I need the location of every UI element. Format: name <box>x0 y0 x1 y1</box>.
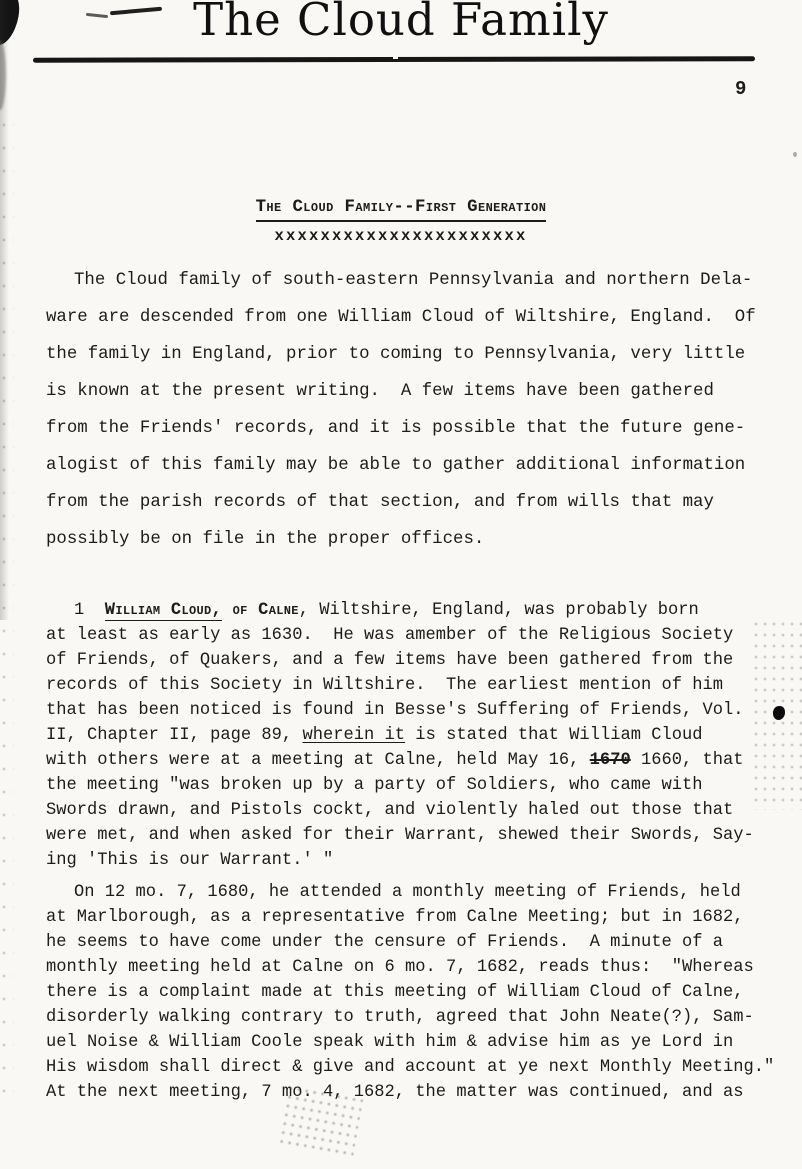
paragraph-line: alogist of this family may be able to ga… <box>46 447 778 484</box>
title-rule-gap <box>393 56 398 59</box>
scanned-document-page: The Cloud Family 9 The Cloud Family--Fir… <box>0 0 802 1169</box>
section-heading-block: The Cloud Family--First Generation xxxxx… <box>0 198 802 245</box>
place-smallcaps: of Calne <box>222 601 299 620</box>
scan-artifact <box>0 0 9 620</box>
section-heading: The Cloud Family--First Generation <box>256 198 547 222</box>
paragraph-line: of Friends, of Quakers, and a few items … <box>46 648 778 673</box>
paragraph-line: is known at the present writing. A few i… <box>46 373 778 410</box>
paragraph-line: At the next meeting, 7 mo. 4, 1682, the … <box>46 1080 778 1105</box>
scan-artifact <box>793 152 797 157</box>
x-divider: xxxxxxxxxxxxxxxxxxxxxx <box>0 227 802 245</box>
monthly-meeting-paragraph: On 12 mo. 7, 1680, he attended a monthly… <box>46 880 778 1105</box>
paragraph-line: ware are descended from one William Clou… <box>46 299 778 336</box>
paragraph-line: uel Noise & William Coole speak with him… <box>46 1030 778 1055</box>
paragraph-line: records of this Society in Wiltshire. Th… <box>46 673 778 698</box>
paragraph-line: that has been noticed is found in Besse'… <box>46 698 778 723</box>
line-text: , Wiltshire, England, was probably born <box>299 601 699 620</box>
paragraph-line: with others were at a meeting at Calne, … <box>46 748 778 773</box>
paragraph-line: at least as early as 1630. He was amembe… <box>46 623 778 648</box>
struck-out-date: 1670 <box>590 751 631 770</box>
paragraph-line: he seems to have come under the censure … <box>46 930 778 955</box>
line-text: with others were at a meeting at Calne, … <box>46 751 590 770</box>
paragraph-line: 1 William Cloud, of Calne, Wiltshire, En… <box>46 598 778 623</box>
person-name-smallcaps: William Cloud, <box>105 601 222 621</box>
line-text: is stated that William Cloud <box>405 726 702 745</box>
paragraph-line: His wisdom shall direct & give and accou… <box>46 1055 778 1080</box>
paragraph-line: there is a complaint made at this meetin… <box>46 980 778 1005</box>
page-title: The Cloud Family <box>0 0 802 46</box>
scan-artifact <box>0 120 14 1100</box>
document-body: The Cloud family of south-eastern Pennsy… <box>46 262 778 1105</box>
paragraph-line: from the parish records of that section,… <box>46 484 778 521</box>
page-number: 9 <box>735 78 746 100</box>
william-cloud-paragraph: 1 William Cloud, of Calne, Wiltshire, En… <box>46 598 778 873</box>
generation-number: 1 <box>74 601 105 620</box>
line-text: II, Chapter II, page 89, <box>46 726 302 745</box>
paragraph-line: The Cloud family of south-eastern Pennsy… <box>46 262 778 299</box>
paragraph-line: possibly be on file in the proper office… <box>46 521 778 558</box>
paragraph-line: the meeting "was broken up by a party of… <box>46 773 778 798</box>
paragraph-line: On 12 mo. 7, 1680, he attended a monthly… <box>46 880 778 905</box>
paragraph-line: from the Friends' records, and it is pos… <box>46 410 778 447</box>
paragraph-line: at Marlborough, as a representative from… <box>46 905 778 930</box>
paragraph-line: ing 'This is our Warrant.' " <box>46 848 778 873</box>
paragraph-line: the family in England, prior to coming t… <box>46 336 778 373</box>
paragraph-line: were met, and when asked for their Warra… <box>46 823 778 848</box>
paragraph-line: disorderly walking contrary to truth, ag… <box>46 1005 778 1030</box>
paragraph-line: Swords drawn, and Pistols cockt, and vio… <box>46 798 778 823</box>
paragraph-line: II, Chapter II, page 89, wherein it is s… <box>46 723 778 748</box>
intro-paragraph: The Cloud family of south-eastern Pennsy… <box>46 262 778 558</box>
paragraph-line: monthly meeting held at Calne on 6 mo. 7… <box>46 955 778 980</box>
scan-artifact <box>0 40 6 110</box>
line-text: 1660, that <box>631 751 744 770</box>
pencil-underlined-text: wherein it <box>302 726 405 745</box>
